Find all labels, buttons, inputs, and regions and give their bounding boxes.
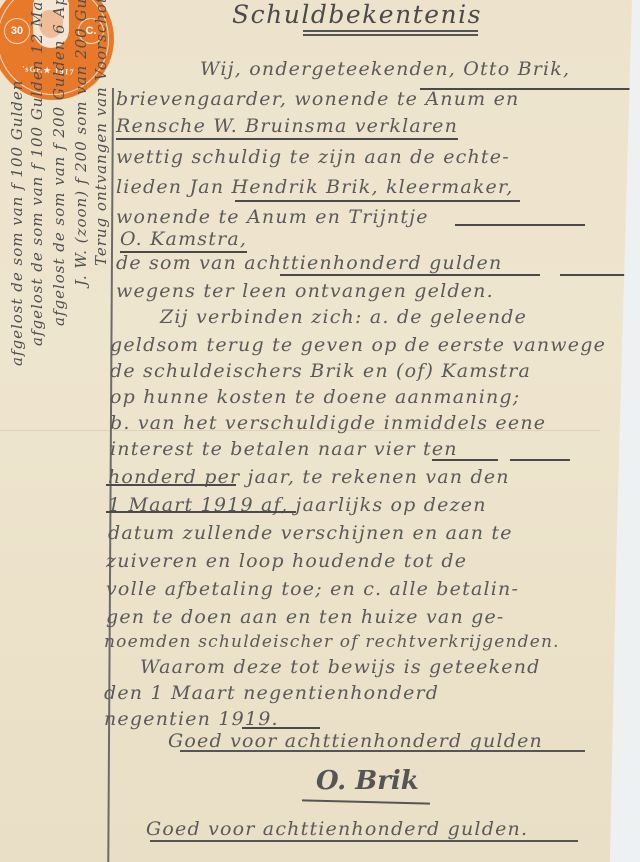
body-line: Wij, ondergeteekenden, Otto Brik, xyxy=(200,58,570,80)
underline-rate xyxy=(510,459,570,461)
title-underline xyxy=(303,34,478,36)
body-line: datum zullende verschijnen en aan te xyxy=(108,522,513,544)
stamp-value: 30 xyxy=(4,18,30,44)
underline-date xyxy=(106,511,296,513)
margin-note: afgelost de som van f 100 Gulden xyxy=(8,80,26,366)
body-line: noemden schuldeischer of rechtverkrijgen… xyxy=(104,632,560,652)
margin-note: afgelost de som van f 100 Gulden 12 Maar… xyxy=(28,0,46,346)
underline-year xyxy=(242,727,320,729)
body-line: interest te betalen naar vier ten xyxy=(110,438,458,460)
body-line: b. van het verschuldigde inmiddels eene xyxy=(110,412,546,434)
underline-amount xyxy=(280,274,540,276)
underline-amount xyxy=(560,274,632,276)
signature: O. Brik xyxy=(316,766,419,796)
title-underline xyxy=(303,30,478,32)
body-line: volle afbetaling toe; en c. alle betalin… xyxy=(106,578,519,600)
body-line: Zij verbinden zich: a. de geleende xyxy=(160,306,527,328)
body-line: geldsom terug te geven op de eerste vanw… xyxy=(110,334,606,356)
body-line: O. Kamstra, xyxy=(120,228,247,253)
body-line: Waarom deze tot bewijs is geteekend xyxy=(140,656,541,678)
body-line: de som van achttienhonderd gulden xyxy=(116,252,502,274)
body-line: wonende te Anum en Trijntje xyxy=(116,206,429,228)
margin-note: Terug ontvangen van Voorschoten Leeuw xyxy=(92,0,110,266)
underline-rate xyxy=(106,484,236,486)
body-line: lieden Jan Hendrik Brik, kleermaker, xyxy=(116,176,513,198)
underline-rate xyxy=(432,459,498,461)
body-line: den 1 Maart negentienhonderd xyxy=(104,682,439,704)
approval-underline xyxy=(180,750,585,752)
document-page: 30 C. 'sGr.★ 1917 Schuldbekentenis Wij, … xyxy=(0,0,632,862)
document-title: Schuldbekentenis xyxy=(232,0,482,29)
approval-line-1: Goed voor achttienhonderd gulden xyxy=(168,730,543,752)
margin-note: afgelost de som van f 200 Gulden 6 April… xyxy=(50,0,68,326)
body-line: wegens ter leen ontvangen gelden. xyxy=(116,280,494,302)
body-line: op hunne kosten te doene aanmaning; xyxy=(110,386,520,408)
body-line: wettig schuldig te zijn aan de echte- xyxy=(116,146,510,168)
approval-line-2: Goed voor achttienhonderd gulden. xyxy=(146,818,528,840)
body-line: gen te doen aan en ten huize van ge- xyxy=(106,606,505,628)
approval-underline xyxy=(150,840,578,842)
underline-name xyxy=(235,200,520,202)
underline-name xyxy=(420,88,632,90)
signature-underline xyxy=(302,799,430,804)
body-line: brievengaarder, wonende te Anum en xyxy=(116,88,519,110)
body-line: de schuldeischers Brik en (of) Kamstra xyxy=(110,360,531,382)
margin-repayment-notes: Terug ontvangen van Voorschoten Leeuw J.… xyxy=(4,146,114,846)
underline-name xyxy=(455,224,585,226)
body-line: Rensche W. Bruinsma verklaren xyxy=(116,115,458,140)
margin-note: J. W. (zoon) f 200 som van 200 Gulden 1 … xyxy=(72,0,90,286)
body-line: zuiveren en loop houdende tot de xyxy=(106,550,467,572)
